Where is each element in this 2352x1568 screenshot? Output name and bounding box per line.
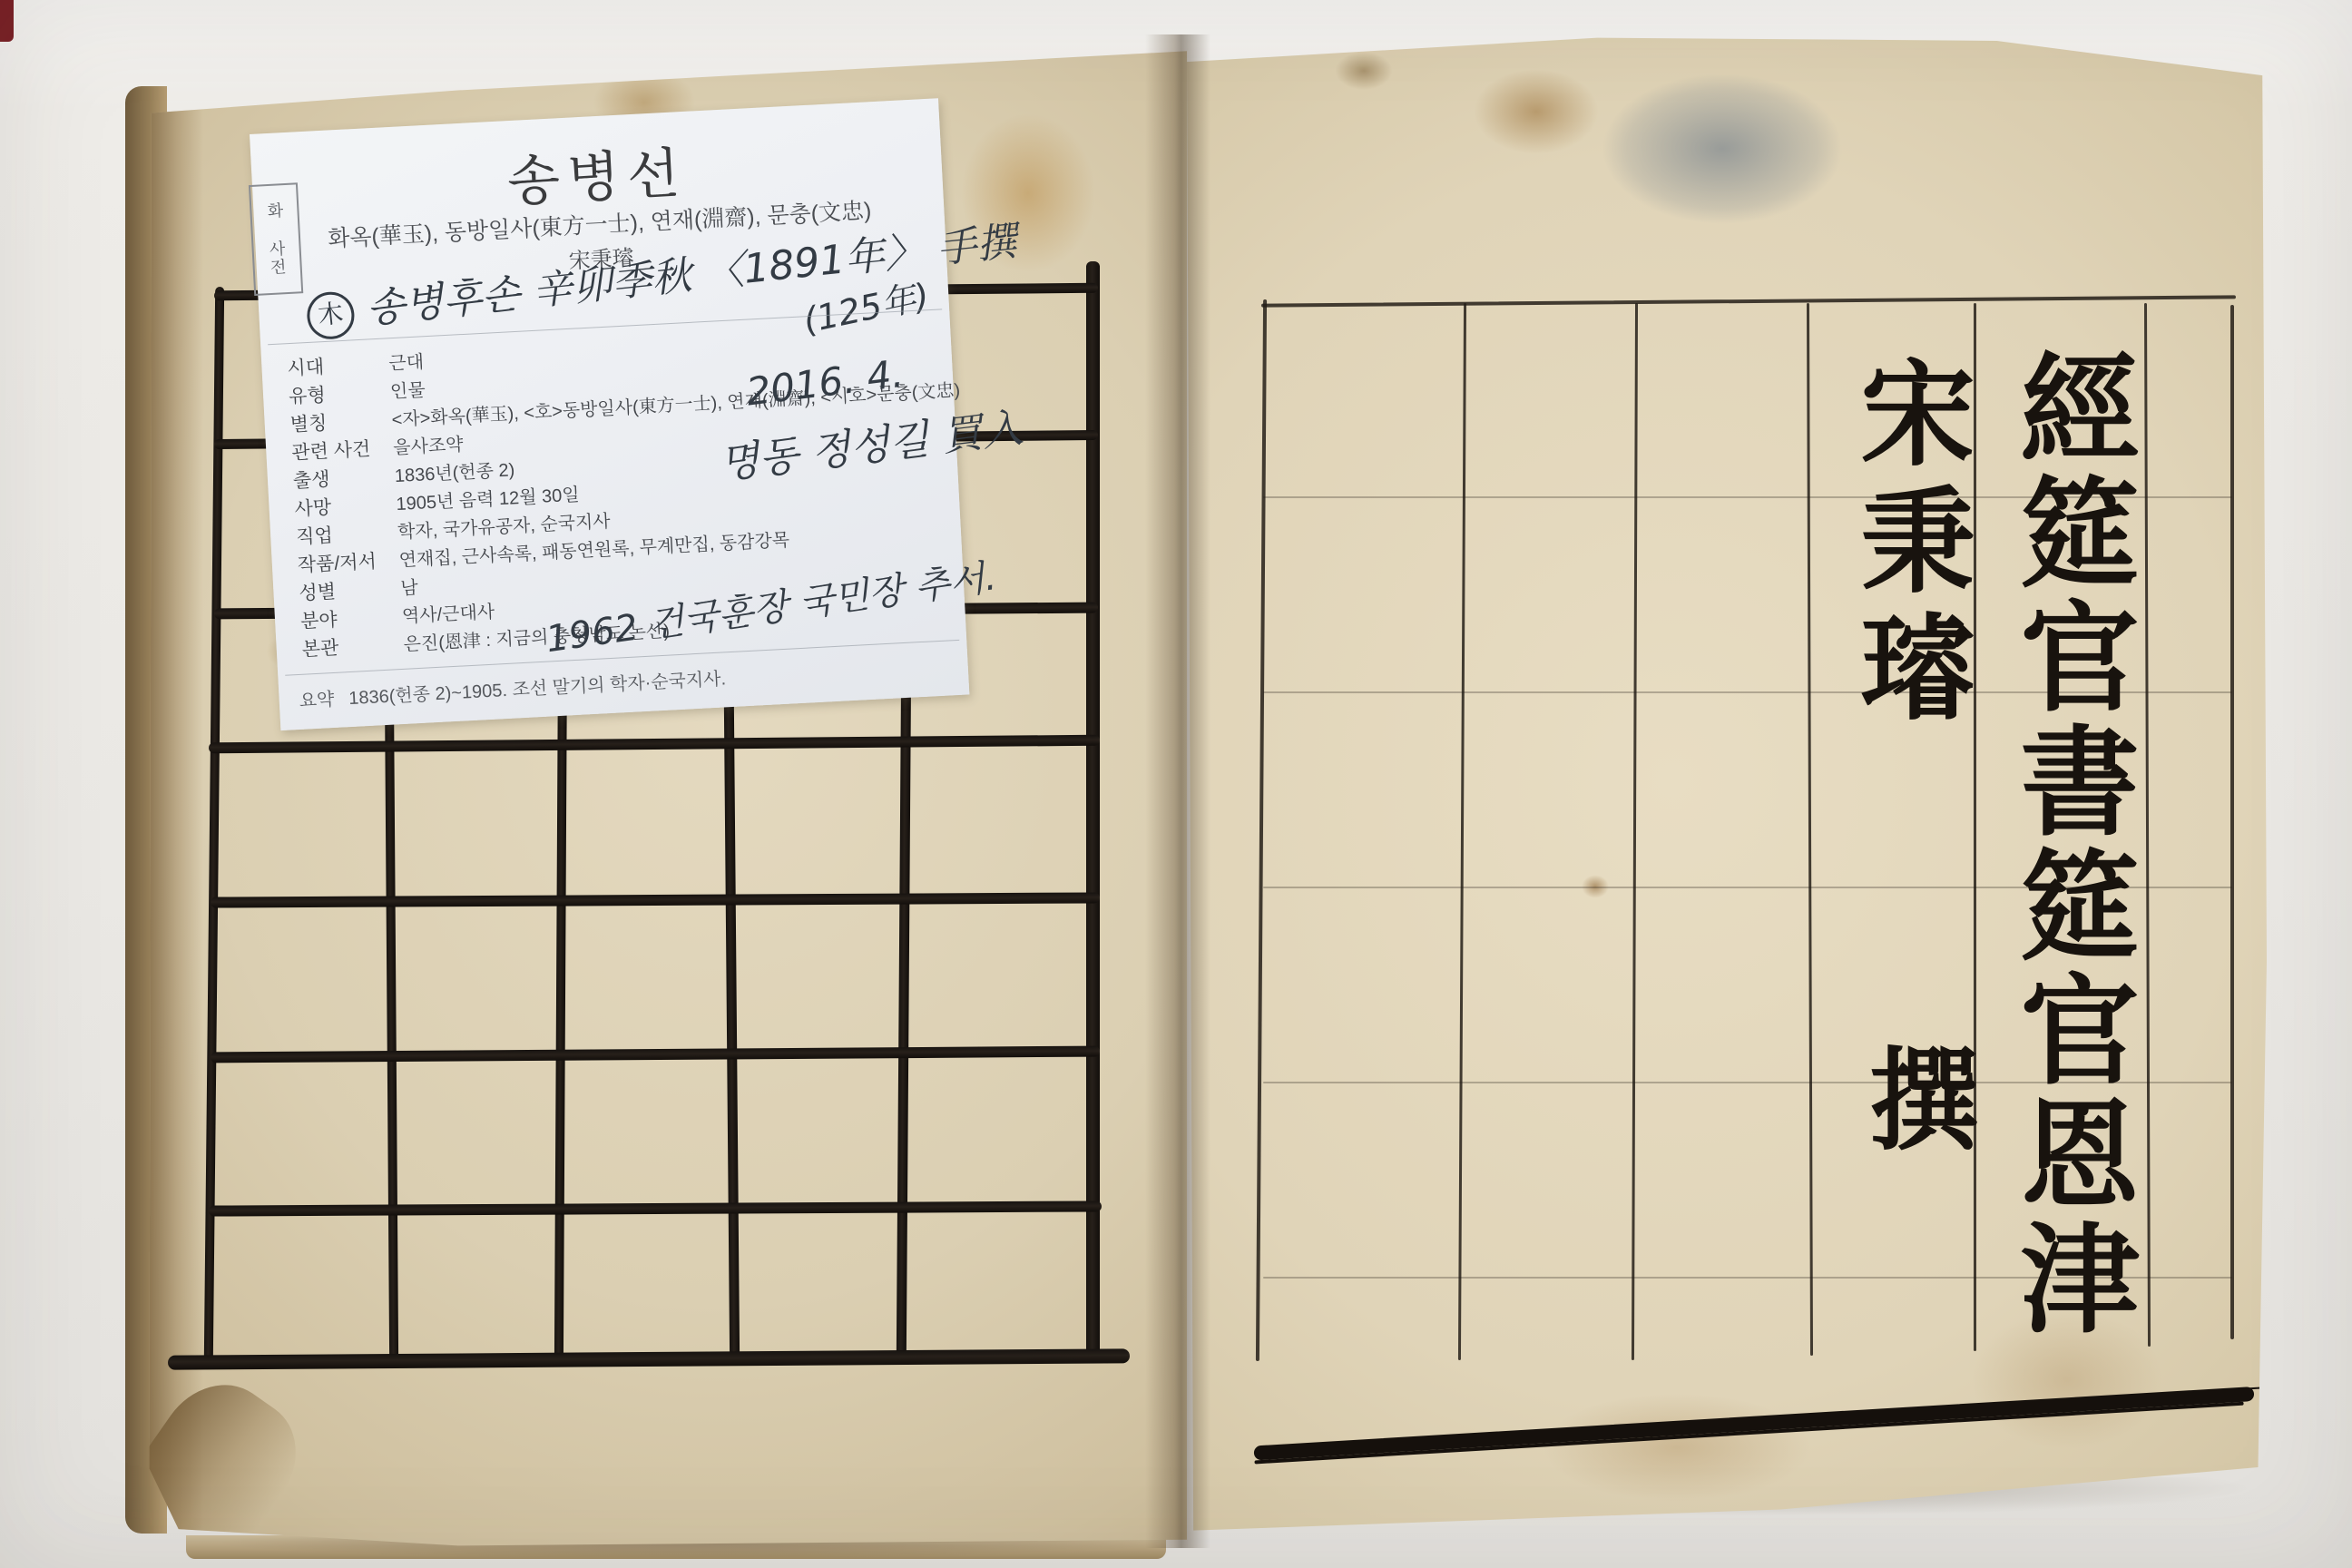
- stain: [1450, 53, 1622, 171]
- grid-line: [1086, 261, 1100, 1361]
- row-label: 시대: [287, 348, 389, 381]
- grid-line: [168, 1348, 1130, 1369]
- row-label: 분야: [299, 602, 402, 634]
- summary-label: 요약: [299, 690, 335, 711]
- grid-line: [1253, 1387, 2254, 1460]
- book-title-calligraphy: 經筵官書筵官恩津: [1985, 347, 2156, 1363]
- photo-corner-artifact: [0, 0, 14, 42]
- grid-line: [1458, 303, 1466, 1360]
- book-gutter: [1145, 34, 1210, 1548]
- grid-line: [209, 735, 1100, 754]
- page-edge-wear: [145, 98, 203, 1541]
- author-name-calligraphy: 宋秉璿: [1828, 354, 1992, 789]
- photo-of-open-antique-book: 經筵官書筵官恩津 宋秉璿 撰 화 사전 송병선 화옥(華玉), 동방일사(東方一…: [0, 0, 2352, 1568]
- row-label: 작품/저서: [297, 545, 399, 578]
- grid-line: [209, 1200, 1102, 1216]
- row-label: 유형: [288, 377, 390, 409]
- grid-line: [1261, 295, 2236, 307]
- summary-text: 1836(헌종 2)~1905. 조선 말기의 학자·순국지사.: [348, 669, 727, 709]
- row-value: 역사/근대사: [401, 603, 495, 627]
- row-value: 인물: [390, 380, 426, 402]
- stain: [1577, 58, 1867, 240]
- grid-line: [1807, 303, 1813, 1356]
- catalog-label: 화 사전 송병선 화옥(華玉), 동방일사(東方一士), 연재(淵齋), 문충(…: [250, 98, 969, 730]
- row-label: 본관: [301, 630, 404, 662]
- grid-line: [1632, 303, 1638, 1360]
- row-label: 출생: [292, 461, 395, 494]
- stain: [1323, 44, 1405, 98]
- row-label: 관련 사건: [291, 433, 394, 465]
- row-label: 별칭: [289, 405, 392, 437]
- grid-line: [1256, 299, 1267, 1361]
- stain: [1486, 1370, 1867, 1524]
- row-value: 1836년(헌종 2): [394, 460, 514, 486]
- row-label: 직업: [295, 517, 397, 550]
- grid-line: [211, 1046, 1100, 1063]
- row-value: 남: [400, 578, 418, 599]
- circled-mark: 木: [305, 289, 357, 341]
- row-value: 근대: [388, 352, 425, 374]
- right-page: 經筵官書筵官恩津 宋秉璿 撰: [1187, 27, 2267, 1534]
- row-label: 사망: [294, 489, 397, 522]
- grid-line: [211, 892, 1100, 907]
- grid-line: [2230, 305, 2234, 1339]
- row-label: 성별: [299, 573, 401, 606]
- author-suffix-calligraphy: 撰: [1837, 1042, 1995, 1187]
- row-value: 을사조약: [393, 435, 464, 458]
